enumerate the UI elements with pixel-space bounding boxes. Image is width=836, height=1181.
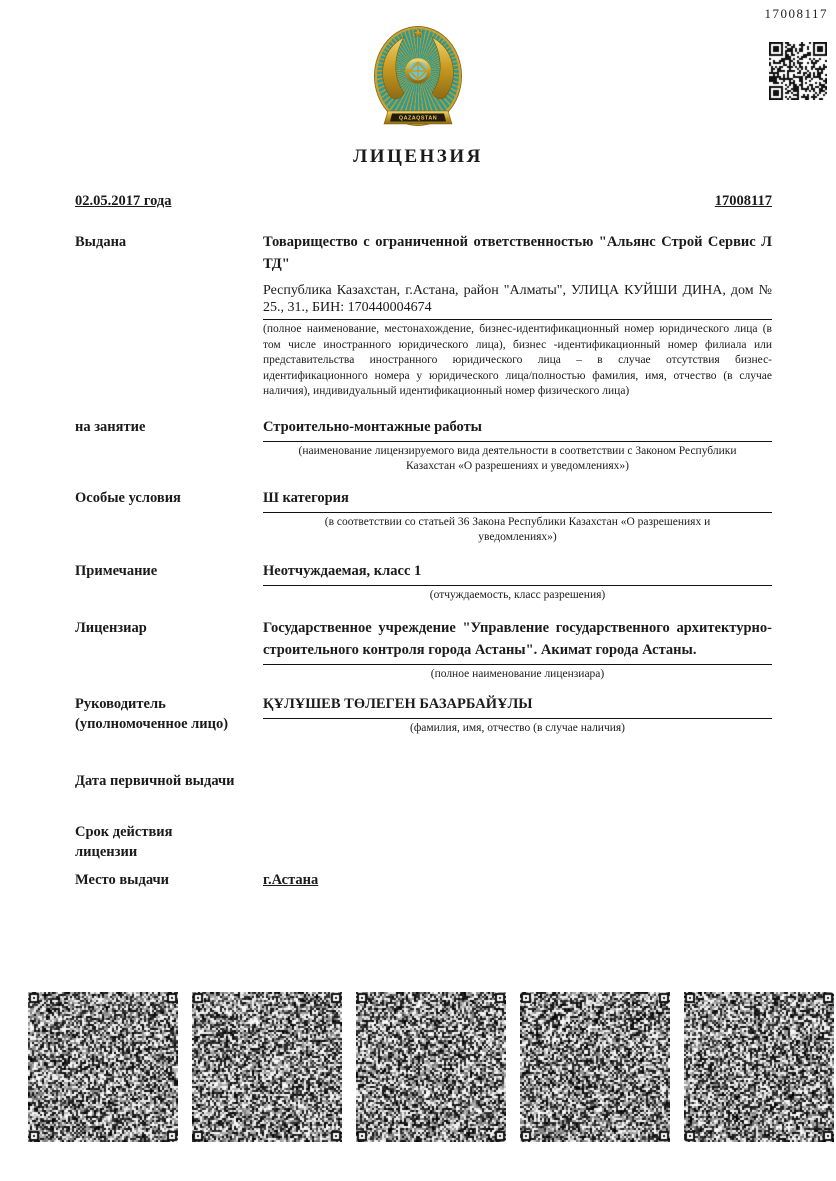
issue-date: 02.05.2017 года <box>75 193 172 210</box>
security-pattern-2 <box>192 992 342 1142</box>
issued-to-address: Республика Казахстан, г.Астана, район "А… <box>263 282 772 316</box>
place-of-issue-value: г.Астана <box>263 872 318 888</box>
security-pattern-3 <box>356 992 506 1142</box>
special-conditions-value: Ш категория <box>263 487 772 509</box>
field-row-validity-period: Срок действия лицензии <box>75 821 772 862</box>
special-conditions-note: (в соответствии со статьей 36 Закона Рес… <box>292 515 744 546</box>
security-pattern-1 <box>28 992 178 1142</box>
head-note: (фамилия, имя, отчество (в случае наличи… <box>292 721 744 737</box>
emblem-banner-text: QAZAQSTAN <box>399 116 437 122</box>
field-row-issued-to: Выдана Товарищество с ограниченной ответ… <box>75 231 772 400</box>
licensor-value: Государственное учреждение "Управление г… <box>263 617 772 661</box>
emblem-left-wing <box>383 37 404 99</box>
head-name-value: ҚҰЛҰШЕВ ТӨЛЕГЕН БАЗАРБАЙҰЛЫ <box>263 693 772 715</box>
field-row-licensor: Лицензиар Государственное учреждение "Уп… <box>75 617 772 683</box>
field-row-place-of-issue: Место выдачи г.Астана <box>75 869 772 891</box>
page-title: ЛИЦЕНЗИЯ <box>0 146 836 168</box>
remark-note: (отчуждаемость, класс разрешения) <box>292 588 744 604</box>
field-label-special-conditions: Особые условия <box>75 487 263 546</box>
emblem-star-icon <box>413 28 423 37</box>
divider-line <box>263 441 772 442</box>
field-label-first-issue-date: Дата первичной выдачи <box>75 770 772 791</box>
field-label-head: Руководитель (уполномоченное лицо) <box>75 693 263 737</box>
issued-to-company-name: Товарищество с ограниченной ответственно… <box>263 231 772 275</box>
field-label-activity: на занятие <box>75 416 263 475</box>
remark-value: Неотчуждаемая, класс 1 <box>263 560 772 582</box>
qr-code-icon <box>769 42 827 100</box>
emblem-ornaments: QAZAQSTAN <box>375 27 461 133</box>
license-document-page: 17008117 QAZAQ <box>0 0 836 1181</box>
field-row-activity: на занятие Строительно-монтажные работы … <box>75 416 772 475</box>
field-row-remark: Примечание Неотчуждаемая, класс 1 (отчуж… <box>75 560 772 604</box>
divider-line <box>263 585 772 586</box>
corner-document-number: 17008117 <box>764 6 828 22</box>
field-label-remark: Примечание <box>75 560 263 604</box>
field-row-head: Руководитель (уполномоченное лицо) ҚҰЛҰШ… <box>75 693 772 737</box>
divider-line <box>263 718 772 719</box>
divider-line <box>263 319 772 320</box>
activity-note: (наименование лицензируемого вида деятел… <box>292 444 744 475</box>
date-number-row: 02.05.2017 года 17008117 <box>75 193 772 210</box>
field-label-issued-to: Выдана <box>75 231 263 400</box>
field-row-first-issue-date: Дата первичной выдачи <box>75 770 772 791</box>
license-number: 17008117 <box>715 193 772 210</box>
field-row-special-conditions: Особые условия Ш категория (в соответств… <box>75 487 772 546</box>
issued-to-note: (полное наименование, местонахождение, б… <box>263 322 772 400</box>
licensor-note: (полное наименование лицензиара) <box>292 667 744 683</box>
field-label-licensor: Лицензиар <box>75 617 263 683</box>
document-body: 02.05.2017 года 17008117 Выдана Товарище… <box>75 193 772 891</box>
field-label-validity-period: Срок действия лицензии <box>75 821 185 862</box>
field-label-place-of-issue: Место выдачи <box>75 869 263 891</box>
divider-line <box>263 512 772 513</box>
security-pattern-5 <box>684 992 834 1142</box>
security-pattern-strip <box>28 992 834 1142</box>
activity-value: Строительно-монтажные работы <box>263 416 772 438</box>
emblem-right-wing <box>432 37 453 99</box>
kazakhstan-coat-of-arms-icon: QAZAQSTAN <box>374 27 462 133</box>
security-pattern-4 <box>520 992 670 1142</box>
divider-line <box>263 664 772 665</box>
